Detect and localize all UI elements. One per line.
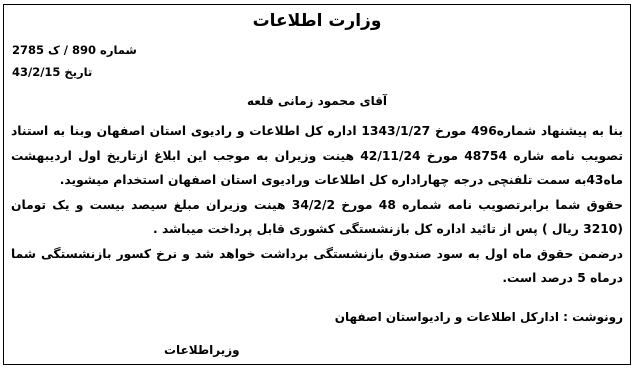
cc-line: رونوشت : ادارکل اطلاعات و رادیواستان اصف…: [335, 310, 623, 324]
letter-frame: وزارت اطلاعات شماره 890 / ک 2785 تاریخ 4…: [3, 4, 631, 365]
paragraph-appointment: بنا به پیشنهاد شماره496 مورخ 1343/1/27 ا…: [11, 119, 623, 193]
letter-number: شماره 890 / ک 2785: [12, 43, 137, 57]
signature: وزیراطلاعات: [164, 343, 240, 357]
paragraph-salary: حقوق شما برابرتصویب نامه شماره 48 مورخ 3…: [11, 193, 623, 242]
letter-date: تاریخ 43/2/15: [12, 65, 92, 79]
paragraph-pension: درضمن حقوق ماه اول به سود صندوق بازنشستگ…: [11, 242, 623, 291]
addressee: آقای محمود زمانی قلعه: [4, 94, 630, 108]
letter-title: وزارت اطلاعات: [4, 11, 630, 31]
letter-body: بنا به پیشنهاد شماره496 مورخ 1343/1/27 ا…: [11, 119, 623, 291]
